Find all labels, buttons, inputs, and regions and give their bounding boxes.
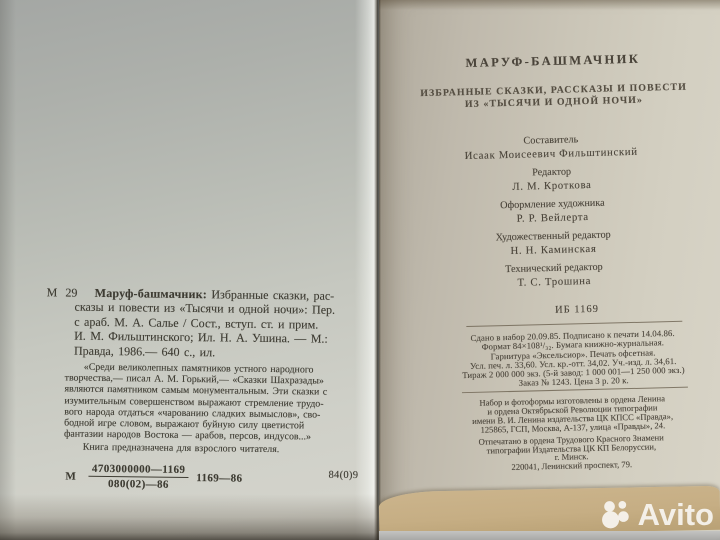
catalog-card: М 29 Маруф-башмачник: Избранные сказки, … (46, 285, 361, 361)
annotation-quote: «Среди великолепных памятников устного н… (64, 361, 360, 456)
print-info: Сдано в набор 20.09.85. Подписано к печа… (408, 327, 720, 391)
imprint-denominator: 080(02)—86 (89, 477, 189, 491)
avito-watermark-text: Avito (638, 497, 714, 533)
divider-line (466, 321, 682, 327)
page-title: МАРУФ-БАШМАЧНИК (388, 50, 718, 73)
quote-line: фантазии народов Востока — арабов, персо… (64, 429, 359, 444)
imprint-fraction: 4703000000—1169 080(02)—86 (89, 463, 189, 491)
imprint-suffix: 1169—86 (196, 472, 242, 485)
credit-item: Редактор Л. М. Кроткова (387, 162, 718, 197)
imprint-prefix: М (65, 470, 76, 482)
credit-item: Оформление художника Р. Р. Вейлерта (387, 194, 718, 229)
avito-logo-icon (601, 499, 633, 531)
reader-note: Книга предназначена для взрослого читате… (64, 442, 359, 457)
printing-info: Отпечатано в ордена Трудового Красного З… (406, 432, 720, 474)
page-subtitle: ИЗБРАННЫЕ СКАЗКИ, РАССКАЗЫ И ПОВЕСТИ ИЗ … (389, 81, 719, 112)
catalog-imprint: М 4703000000—1169 080(02)—86 1169—86 84(… (65, 463, 365, 494)
catalog-code: М 29 (47, 285, 78, 300)
bbk-code: 84(0)9 (328, 470, 358, 481)
credit-item: Художественный редактор Н. Н. Каминская (388, 226, 719, 261)
left-page-content: М 29 Маруф-башмачник: Избранные сказки, … (0, 0, 380, 540)
credit-item: Составитель Исаак Моисеевич Фильштинский (386, 130, 717, 165)
catalog-card-text: Маруф-башмачник: Избранные сказки, рас- … (74, 286, 361, 362)
bottom-shadow (0, 494, 385, 540)
credit-item: Технический редактор Т. С. Трошина (389, 258, 720, 293)
right-page-content: МАРУФ-БАШМАЧНИК ИЗБРАННЫЕ СКАЗКИ, РАССКА… (378, 0, 720, 540)
avito-watermark: Avito (601, 497, 714, 533)
ib-number: ИБ 1169 (412, 300, 720, 319)
catalog-card-line1-rest: Избранные сказки, рас- (207, 287, 334, 303)
book-photo: М 29 Маруф-башмачник: Избранные сказки, … (0, 0, 720, 540)
typesetting-info: Набор и фотоформы изготовлены в ордена Л… (407, 392, 720, 436)
credits-list: Составитель Исаак Моисеевич Фильштинский… (386, 130, 720, 298)
book-title-bold: Маруф-башмачник: (95, 286, 207, 301)
imprint-numerator: 4703000000—1169 (89, 463, 189, 478)
